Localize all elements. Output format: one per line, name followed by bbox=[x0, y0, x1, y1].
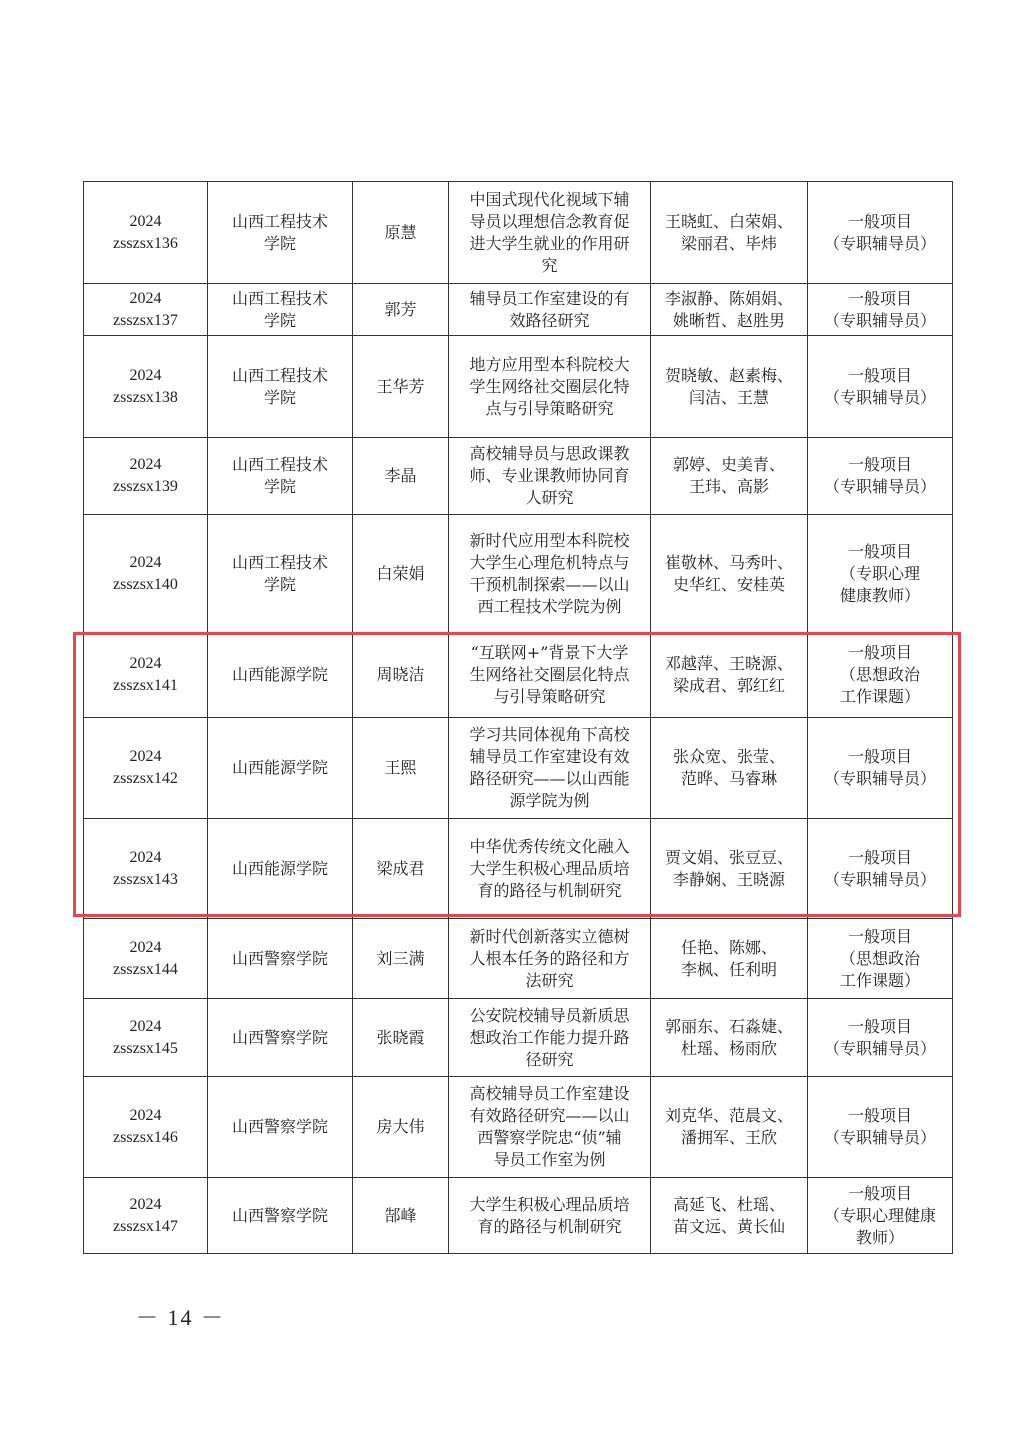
category-cell: 一般项目（思想政治工作课题） bbox=[808, 919, 953, 999]
project-title-cell-line: 新时代应用型本科院校 bbox=[455, 530, 644, 552]
category-cell-line: 一般项目 bbox=[812, 642, 948, 664]
category-cell-line: 一般项目 bbox=[812, 365, 948, 387]
table-row: 2024zsszsx139山西工程技术学院李晶高校辅导员与思政课教师、专业课教师… bbox=[84, 438, 953, 515]
project-number-cell: 2024zsszsx138 bbox=[84, 336, 208, 438]
school-cell-line: 山西警察学院 bbox=[212, 1205, 348, 1227]
project-title-cell-line: 效路径研究 bbox=[455, 310, 644, 332]
school-cell-line: 山西工程技术 bbox=[212, 211, 348, 233]
category-cell-line: 一般项目 bbox=[812, 1183, 948, 1205]
school-cell-line: 山西警察学院 bbox=[212, 1027, 348, 1049]
project-title-cell-line: 学生网络社交圈层化特 bbox=[455, 376, 644, 398]
school-cell-line: 山西能源学院 bbox=[212, 757, 348, 779]
project-list-table: 2024zsszsx136山西工程技术学院原慧中国式现代化视域下辅导员以理想信念… bbox=[83, 181, 953, 1254]
members-cell-line: 贾文娟、张豆豆、 bbox=[655, 847, 803, 869]
school-cell-line: 山西警察学院 bbox=[212, 948, 348, 970]
project-number-cell-line: 2024 bbox=[88, 1105, 203, 1127]
project-title-cell: 高校辅导员工作室建设有效路径研究——以山西警察学院忠“侦”辅导员工作室为例 bbox=[449, 1077, 651, 1178]
category-cell: 一般项目（专职辅导员） bbox=[808, 336, 953, 438]
project-title-cell-line: 生网络社交圈层化特点 bbox=[455, 664, 644, 686]
project-number-cell-line: zsszsx141 bbox=[88, 675, 203, 697]
category-cell-line: 一般项目 bbox=[812, 1016, 948, 1038]
leader-cell: 白荣娟 bbox=[353, 515, 449, 633]
project-title-cell-line: 人根本任务的路径和方 bbox=[455, 948, 644, 970]
members-cell: 张众宽、张莹、范晔、马睿琳 bbox=[651, 718, 808, 819]
category-cell-line: （专职辅导员） bbox=[812, 768, 948, 790]
project-number-cell-line: 2024 bbox=[88, 454, 203, 476]
category-cell-line: 一般项目 bbox=[812, 926, 948, 948]
project-title-cell-line: 有效路径研究——以山 bbox=[455, 1105, 644, 1127]
members-cell-line: 姚晰哲、赵胜男 bbox=[655, 310, 803, 332]
project-number-cell-line: zsszsx146 bbox=[88, 1127, 203, 1149]
leader-cell-line: 王熙 bbox=[357, 757, 444, 779]
members-cell: 李淑静、陈娟娟、姚晰哲、赵胜男 bbox=[651, 284, 808, 336]
leader-cell: 梁成君 bbox=[353, 819, 449, 919]
members-cell: 郭婷、史美青、王玮、高影 bbox=[651, 438, 808, 515]
project-title-cell: 大学生积极心理品质培育的路径与机制研究 bbox=[449, 1178, 651, 1254]
project-title-cell-line: 路径研究——以山西能 bbox=[455, 768, 644, 790]
project-number-cell-line: zsszsx139 bbox=[88, 476, 203, 498]
category-cell-line: 教师） bbox=[812, 1227, 948, 1249]
school-cell: 山西工程技术学院 bbox=[208, 438, 353, 515]
school-cell: 山西工程技术学院 bbox=[208, 284, 353, 336]
project-title-cell-line: 西工程技术学院为例 bbox=[455, 596, 644, 618]
project-title-cell-line: 师、专业课教师协同育 bbox=[455, 465, 644, 487]
members-cell: 王晓虹、白荣娟、梁丽君、毕炜 bbox=[651, 182, 808, 284]
project-title-cell-line: 究 bbox=[455, 255, 644, 277]
leader-cell: 张晓霞 bbox=[353, 999, 449, 1077]
project-title-cell-line: 导员以理想信念教育促 bbox=[455, 211, 644, 233]
leader-cell: 周晓洁 bbox=[353, 633, 449, 718]
project-title-cell-line: 源学院为例 bbox=[455, 790, 644, 812]
category-cell: 一般项目（专职辅导员） bbox=[808, 284, 953, 336]
table-row: 2024zsszsx142山西能源学院王熙学习共同体视角下高校辅导员工作室建设有… bbox=[84, 718, 953, 819]
leader-cell: 王熙 bbox=[353, 718, 449, 819]
project-title-cell: 地方应用型本科院校大学生网络社交圈层化特点与引导策略研究 bbox=[449, 336, 651, 438]
project-number-cell-line: 2024 bbox=[88, 847, 203, 869]
members-cell-line: 李枫、任利明 bbox=[655, 959, 803, 981]
project-title-cell-line: 与引导策略研究 bbox=[455, 686, 644, 708]
members-cell-line: 闫洁、王慧 bbox=[655, 387, 803, 409]
school-cell-line: 学院 bbox=[212, 233, 348, 255]
category-cell-line: 工作课题） bbox=[812, 970, 948, 992]
school-cell-line: 学院 bbox=[212, 476, 348, 498]
leader-cell-line: 刘三满 bbox=[357, 948, 444, 970]
school-cell-line: 山西能源学院 bbox=[212, 858, 348, 880]
project-title-cell-line: 育的路径与机制研究 bbox=[455, 880, 644, 902]
members-cell-line: 高延飞、杜瑶、 bbox=[655, 1194, 803, 1216]
project-number-cell: 2024zsszsx141 bbox=[84, 633, 208, 718]
project-number-cell-line: zsszsx143 bbox=[88, 869, 203, 891]
members-cell-line: 杜瑶、杨雨欣 bbox=[655, 1038, 803, 1060]
members-cell: 崔敬林、马秀叶、史华红、安桂英 bbox=[651, 515, 808, 633]
project-number-cell: 2024zsszsx137 bbox=[84, 284, 208, 336]
leader-cell-line: 郜峰 bbox=[357, 1205, 444, 1227]
category-cell-line: 一般项目 bbox=[812, 211, 948, 233]
project-number-cell: 2024zsszsx147 bbox=[84, 1178, 208, 1254]
leader-cell-line: 郭芳 bbox=[357, 299, 444, 321]
project-number-cell-line: 2024 bbox=[88, 1016, 203, 1038]
members-cell-line: 王玮、高影 bbox=[655, 476, 803, 498]
members-cell: 贾文娟、张豆豆、李静娴、王晓源 bbox=[651, 819, 808, 919]
project-title-cell-line: 干预机制探索——以山 bbox=[455, 574, 644, 596]
category-cell-line: （专职辅导员） bbox=[812, 476, 948, 498]
members-cell-line: 潘拥军、王欣 bbox=[655, 1127, 803, 1149]
members-cell-line: 梁丽君、毕炜 bbox=[655, 233, 803, 255]
project-number-cell-line: 2024 bbox=[88, 365, 203, 387]
members-cell-line: 任艳、陈娜、 bbox=[655, 937, 803, 959]
school-cell: 山西工程技术学院 bbox=[208, 182, 353, 284]
category-cell-line: 健康教师） bbox=[812, 585, 948, 607]
project-title-cell-line: 学习共同体视角下高校 bbox=[455, 724, 644, 746]
leader-cell-line: 李晶 bbox=[357, 465, 444, 487]
category-cell-line: （专职辅导员） bbox=[812, 869, 948, 891]
table-row: 2024zsszsx140山西工程技术学院白荣娟新时代应用型本科院校大学生心理危… bbox=[84, 515, 953, 633]
project-title-cell-line: 辅导员工作室建设的有 bbox=[455, 288, 644, 310]
members-cell-line: 史华红、安桂英 bbox=[655, 574, 803, 596]
project-title-cell-line: 辅导员工作室建设有效 bbox=[455, 746, 644, 768]
category-cell-line: 一般项目 bbox=[812, 1105, 948, 1127]
project-title-cell: 中华优秀传统文化融入大学生积极心理品质培育的路径与机制研究 bbox=[449, 819, 651, 919]
leader-cell: 郭芳 bbox=[353, 284, 449, 336]
project-number-cell-line: zsszsx137 bbox=[88, 310, 203, 332]
table-row: 2024zsszsx143山西能源学院梁成君中华优秀传统文化融入大学生积极心理品… bbox=[84, 819, 953, 919]
category-cell-line: 工作课题） bbox=[812, 686, 948, 708]
project-title-cell: 公安院校辅导员新质思想政治工作能力提升路径研究 bbox=[449, 999, 651, 1077]
project-title-cell-line: 大学生心理危机特点与 bbox=[455, 552, 644, 574]
table-row: 2024zsszsx137山西工程技术学院郭芳辅导员工作室建设的有效路径研究李淑… bbox=[84, 284, 953, 336]
project-title-cell: 辅导员工作室建设的有效路径研究 bbox=[449, 284, 651, 336]
project-number-cell: 2024zsszsx142 bbox=[84, 718, 208, 819]
table-row: 2024zsszsx146山西警察学院房大伟高校辅导员工作室建设有效路径研究——… bbox=[84, 1077, 953, 1178]
category-cell-line: （专职心理健康 bbox=[812, 1205, 948, 1227]
leader-cell: 房大伟 bbox=[353, 1077, 449, 1178]
project-title-cell-line: 大学生积极心理品质培 bbox=[455, 858, 644, 880]
project-title-cell-line: 人研究 bbox=[455, 487, 644, 509]
leader-cell-line: 房大伟 bbox=[357, 1116, 444, 1138]
project-title-cell: 新时代应用型本科院校大学生心理危机特点与干预机制探索——以山西工程技术学院为例 bbox=[449, 515, 651, 633]
members-cell-line: 贺晓敏、赵素梅、 bbox=[655, 365, 803, 387]
project-title-cell: 高校辅导员与思政课教师、专业课教师协同育人研究 bbox=[449, 438, 651, 515]
project-title-cell-line: 大学生积极心理品质培 bbox=[455, 1194, 644, 1216]
project-title-cell-line: 地方应用型本科院校大 bbox=[455, 354, 644, 376]
project-title-cell-line: 法研究 bbox=[455, 970, 644, 992]
project-number-cell-line: 2024 bbox=[88, 1194, 203, 1216]
members-cell: 高延飞、杜瑶、苗文远、黄长仙 bbox=[651, 1178, 808, 1254]
school-cell: 山西警察学院 bbox=[208, 999, 353, 1077]
members-cell-line: 刘克华、范晨文、 bbox=[655, 1105, 803, 1127]
leader-cell-line: 梁成君 bbox=[357, 858, 444, 880]
project-number-cell-line: zsszsx147 bbox=[88, 1216, 203, 1238]
leader-cell: 原慧 bbox=[353, 182, 449, 284]
members-cell-line: 王晓虹、白荣娟、 bbox=[655, 211, 803, 233]
category-cell: 一般项目（专职心理健康教师） bbox=[808, 515, 953, 633]
project-number-cell: 2024zsszsx143 bbox=[84, 819, 208, 919]
leader-cell: 李晶 bbox=[353, 438, 449, 515]
project-title-cell: “互联网+”背景下大学生网络社交圈层化特点与引导策略研究 bbox=[449, 633, 651, 718]
leader-cell: 刘三满 bbox=[353, 919, 449, 999]
members-cell-line: 邓越萍、王晓源、 bbox=[655, 653, 803, 675]
table-body: 2024zsszsx136山西工程技术学院原慧中国式现代化视域下辅导员以理想信念… bbox=[84, 182, 953, 1254]
page-number: － 14 － bbox=[136, 1301, 225, 1332]
category-cell-line: （专职辅导员） bbox=[812, 387, 948, 409]
members-cell-line: 崔敬林、马秀叶、 bbox=[655, 552, 803, 574]
project-title-cell-line: 中国式现代化视域下辅 bbox=[455, 189, 644, 211]
school-cell: 山西警察学院 bbox=[208, 1077, 353, 1178]
project-title-cell-line: “互联网+”背景下大学 bbox=[455, 642, 644, 664]
project-number-cell: 2024zsszsx140 bbox=[84, 515, 208, 633]
project-number-cell-line: zsszsx140 bbox=[88, 574, 203, 596]
project-number-cell-line: zsszsx138 bbox=[88, 387, 203, 409]
category-cell: 一般项目（专职辅导员） bbox=[808, 819, 953, 919]
school-cell-line: 学院 bbox=[212, 574, 348, 596]
project-number-cell-line: 2024 bbox=[88, 552, 203, 574]
project-title-cell: 中国式现代化视域下辅导员以理想信念教育促进大学生就业的作用研究 bbox=[449, 182, 651, 284]
school-cell: 山西工程技术学院 bbox=[208, 515, 353, 633]
category-cell-line: （专职辅导员） bbox=[812, 310, 948, 332]
school-cell: 山西警察学院 bbox=[208, 919, 353, 999]
school-cell-line: 山西工程技术 bbox=[212, 552, 348, 574]
school-cell-line: 山西工程技术 bbox=[212, 454, 348, 476]
project-title-cell-line: 径研究 bbox=[455, 1049, 644, 1071]
school-cell: 山西警察学院 bbox=[208, 1178, 353, 1254]
project-number-cell-line: zsszsx142 bbox=[88, 768, 203, 790]
project-number-cell: 2024zsszsx146 bbox=[84, 1077, 208, 1178]
table-row: 2024zsszsx144山西警察学院刘三满新时代创新落实立德树人根本任务的路径… bbox=[84, 919, 953, 999]
school-cell-line: 山西工程技术 bbox=[212, 365, 348, 387]
category-cell-line: （专职辅导员） bbox=[812, 1038, 948, 1060]
school-cell-line: 山西警察学院 bbox=[212, 1116, 348, 1138]
project-title-cell: 新时代创新落实立德树人根本任务的路径和方法研究 bbox=[449, 919, 651, 999]
members-cell-line: 李淑静、陈娟娟、 bbox=[655, 288, 803, 310]
category-cell: 一般项目（思想政治工作课题） bbox=[808, 633, 953, 718]
category-cell-line: 一般项目 bbox=[812, 746, 948, 768]
table-row: 2024zsszsx136山西工程技术学院原慧中国式现代化视域下辅导员以理想信念… bbox=[84, 182, 953, 284]
members-cell: 邓越萍、王晓源、梁成君、郭红红 bbox=[651, 633, 808, 718]
project-number-cell-line: zsszsx136 bbox=[88, 233, 203, 255]
school-cell-line: 山西能源学院 bbox=[212, 664, 348, 686]
members-cell-line: 张众宽、张莹、 bbox=[655, 746, 803, 768]
project-number-cell-line: 2024 bbox=[88, 653, 203, 675]
school-cell-line: 学院 bbox=[212, 387, 348, 409]
project-title-cell-line: 中华优秀传统文化融入 bbox=[455, 836, 644, 858]
category-cell-line: （专职辅导员） bbox=[812, 233, 948, 255]
project-number-cell: 2024zsszsx139 bbox=[84, 438, 208, 515]
members-cell-line: 苗文远、黄长仙 bbox=[655, 1216, 803, 1238]
leader-cell: 郜峰 bbox=[353, 1178, 449, 1254]
table-row: 2024zsszsx147山西警察学院郜峰大学生积极心理品质培育的路径与机制研究… bbox=[84, 1178, 953, 1254]
project-number-cell-line: 2024 bbox=[88, 937, 203, 959]
category-cell-line: 一般项目 bbox=[812, 454, 948, 476]
school-cell: 山西能源学院 bbox=[208, 633, 353, 718]
project-title-cell-line: 西警察学院忠“侦”辅 bbox=[455, 1127, 644, 1149]
table-row: 2024zsszsx138山西工程技术学院王华芳地方应用型本科院校大学生网络社交… bbox=[84, 336, 953, 438]
category-cell-line: 一般项目 bbox=[812, 847, 948, 869]
members-cell-line: 范晔、马睿琳 bbox=[655, 768, 803, 790]
category-cell-line: 一般项目 bbox=[812, 288, 948, 310]
category-cell-line: 一般项目 bbox=[812, 541, 948, 563]
project-number-cell-line: zsszsx145 bbox=[88, 1038, 203, 1060]
members-cell: 郭丽东、石淼婕、杜瑶、杨雨欣 bbox=[651, 999, 808, 1077]
leader-cell-line: 张晓霞 bbox=[357, 1027, 444, 1049]
category-cell: 一般项目（专职辅导员） bbox=[808, 438, 953, 515]
leader-cell-line: 王华芳 bbox=[357, 376, 444, 398]
project-number-cell-line: 2024 bbox=[88, 746, 203, 768]
members-cell: 刘克华、范晨文、潘拥军、王欣 bbox=[651, 1077, 808, 1178]
category-cell: 一般项目（专职辅导员） bbox=[808, 182, 953, 284]
members-cell: 任艳、陈娜、李枫、任利明 bbox=[651, 919, 808, 999]
project-title-cell-line: 高校辅导员与思政课教 bbox=[455, 443, 644, 465]
project-title-cell-line: 育的路径与机制研究 bbox=[455, 1216, 644, 1238]
project-title-cell-line: 导员工作室为例 bbox=[455, 1149, 644, 1171]
category-cell-line: （专职心理 bbox=[812, 563, 948, 585]
project-number-cell-line: 2024 bbox=[88, 288, 203, 310]
project-number-cell-line: 2024 bbox=[88, 211, 203, 233]
project-title-cell: 学习共同体视角下高校辅导员工作室建设有效路径研究——以山西能源学院为例 bbox=[449, 718, 651, 819]
category-cell: 一般项目（专职辅导员） bbox=[808, 1077, 953, 1178]
category-cell: 一般项目（专职辅导员） bbox=[808, 999, 953, 1077]
project-number-cell: 2024zsszsx144 bbox=[84, 919, 208, 999]
category-cell-line: （专职辅导员） bbox=[812, 1127, 948, 1149]
members-cell: 贺晓敏、赵素梅、闫洁、王慧 bbox=[651, 336, 808, 438]
school-cell: 山西能源学院 bbox=[208, 819, 353, 919]
leader-cell: 王华芳 bbox=[353, 336, 449, 438]
members-cell-line: 郭丽东、石淼婕、 bbox=[655, 1016, 803, 1038]
project-title-cell-line: 点与引导策略研究 bbox=[455, 398, 644, 420]
project-title-cell-line: 进大学生就业的作用研 bbox=[455, 233, 644, 255]
category-cell: 一般项目（专职心理健康教师） bbox=[808, 1178, 953, 1254]
category-cell-line: （思想政治 bbox=[812, 948, 948, 970]
project-number-cell: 2024zsszsx145 bbox=[84, 999, 208, 1077]
members-cell-line: 郭婷、史美青、 bbox=[655, 454, 803, 476]
project-title-cell-line: 新时代创新落实立德树 bbox=[455, 926, 644, 948]
leader-cell-line: 原慧 bbox=[357, 222, 444, 244]
school-cell: 山西工程技术学院 bbox=[208, 336, 353, 438]
category-cell: 一般项目（专职辅导员） bbox=[808, 718, 953, 819]
leader-cell-line: 白荣娟 bbox=[357, 563, 444, 585]
school-cell: 山西能源学院 bbox=[208, 718, 353, 819]
project-number-cell-line: zsszsx144 bbox=[88, 959, 203, 981]
project-number-cell: 2024zsszsx136 bbox=[84, 182, 208, 284]
table-row: 2024zsszsx145山西警察学院张晓霞公安院校辅导员新质思想政治工作能力提… bbox=[84, 999, 953, 1077]
category-cell-line: （思想政治 bbox=[812, 664, 948, 686]
school-cell-line: 学院 bbox=[212, 310, 348, 332]
leader-cell-line: 周晓洁 bbox=[357, 664, 444, 686]
table-row: 2024zsszsx141山西能源学院周晓洁“互联网+”背景下大学生网络社交圈层… bbox=[84, 633, 953, 718]
school-cell-line: 山西工程技术 bbox=[212, 288, 348, 310]
members-cell-line: 梁成君、郭红红 bbox=[655, 675, 803, 697]
project-title-cell-line: 高校辅导员工作室建设 bbox=[455, 1083, 644, 1105]
project-title-cell-line: 想政治工作能力提升路 bbox=[455, 1027, 644, 1049]
project-title-cell-line: 公安院校辅导员新质思 bbox=[455, 1005, 644, 1027]
members-cell-line: 李静娴、王晓源 bbox=[655, 869, 803, 891]
